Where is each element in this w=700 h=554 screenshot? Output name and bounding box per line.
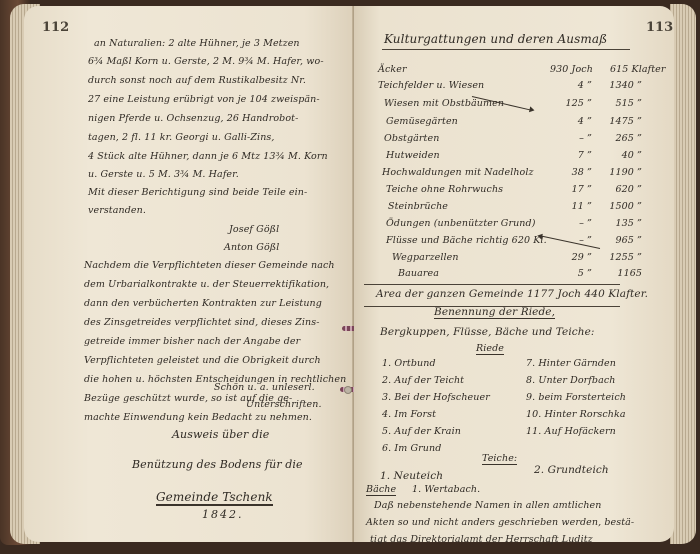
bach-item: 1. Wertabach. (412, 484, 480, 495)
text-line: 6¾ Maßl Korn u. Gerste, 2 M. 9¾ M. Hafer… (88, 56, 324, 67)
table-row: Hochwaldungen mit Nadelholz 38 ” 1190 ” (378, 167, 638, 185)
title-year: 1842. (202, 508, 244, 521)
signature: Schön u. a. unleserl. (214, 382, 315, 393)
book-spread: 112 an Naturalien: 2 alte Hühner, je 3 M… (0, 0, 700, 554)
table-row: Flüsse und Bäche richtig 620 Kl. – ” 965… (378, 235, 638, 253)
table-total-rule (364, 284, 620, 285)
title-place: Gemeinde Tschenk (156, 490, 273, 506)
page-number: 112 (42, 20, 69, 35)
ried-item: 11. Auf Hofäckern (526, 426, 616, 437)
table-row: Hutweiden 7 ” 40 ” (378, 150, 638, 168)
signature: Anton Gößl (224, 242, 279, 253)
text-line: Verpflichteten geleistet und die Obrigke… (84, 355, 321, 366)
closing-line: Akten so und nicht anders geschrieben we… (366, 517, 634, 528)
signature: Unterschriften. (246, 399, 322, 410)
page-heading: Kulturgattungen und deren Ausmaß (384, 32, 607, 46)
text-line: an Naturalien: 2 alte Hühner, je 3 Metze… (94, 38, 300, 49)
text-line: Mit dieser Berichtigung sind beide Teile… (88, 187, 307, 198)
teich-item: 1. Neuteich (380, 470, 443, 482)
heading-underline (382, 49, 630, 50)
table-row: Teiche ohne Rohrwuchs 17 ” 620 ” (378, 184, 638, 202)
ried-item: 10. Hinter Rorschka (526, 409, 626, 420)
binding-hole (344, 386, 352, 394)
text-line: dem Urbarialkontrakte u. der Steuerrekti… (84, 279, 329, 290)
ried-item: 6. Im Grund (382, 443, 441, 454)
ried-item: 1. Ortbund (382, 358, 436, 369)
ried-item: 9. beim Forsterteich (526, 392, 626, 403)
closing-line: tigt das Direktorialamt der Herrschaft L… (370, 534, 593, 545)
left-page: 112 an Naturalien: 2 alte Hühner, je 3 M… (24, 6, 354, 542)
text-line: verstanden. (88, 205, 146, 216)
text-line: 4 Stück alte Hühner, dann je 6 Mtz 13¾ M… (88, 151, 328, 162)
table-row: Ödungen (unbenützter Grund) – ” 135 ” (378, 218, 638, 236)
text-line: tagen, 2 fl. 11 kr. Georgi u. Galli-Zins… (88, 132, 275, 143)
ried-item: 4. Im Forst (382, 409, 436, 420)
section-subheading: Bergkuppen, Flüsse, Bäche und Teiche: (380, 326, 595, 338)
section-heading: Benennung der Riede, (434, 306, 555, 319)
table-row: Wiesen mit Obstbäumen 125 ” 515 ” (378, 98, 638, 116)
text-line: u. Gerste u. 5 M. 3¾ M. Hafer. (88, 169, 239, 180)
teiche-label: Teiche: (482, 453, 517, 465)
text-line: nigen Pferde u. Ochsenzug, 26 Handrobot- (88, 113, 298, 124)
title-line: Benützung des Bodens für die (132, 458, 303, 471)
text-line: getreide immer bisher nach der Angabe de… (84, 336, 300, 347)
table-row: Gemüsegärten 4 ” 1475 ” (378, 116, 638, 134)
total-area: Area der ganzen Gemeinde 1177 Joch 440 K… (376, 288, 648, 300)
baeche-label: Bäche (366, 484, 396, 496)
text-line: 27 eine Leistung erübrigt von je 104 zwe… (88, 94, 320, 105)
ried-item: 8. Unter Dorfbach (526, 375, 616, 386)
teich-item: 2. Grundteich (534, 464, 609, 476)
right-page: 113 Kulturgattungen und deren Ausmaß Äck… (354, 6, 674, 542)
ried-item: 7. Hinter Gärnden (526, 358, 616, 369)
ried-item: 3. Bei der Hofscheuer (382, 392, 490, 403)
page-number: 113 (646, 20, 673, 35)
ried-item: 5. Auf der Krain (382, 426, 461, 437)
text-line: machte Einwendung kein Bedacht zu nehmen… (84, 412, 312, 423)
table-row: Steinbrüche 11 ” 1500 ” (378, 201, 638, 219)
table-row: Obstgärten – ” 265 ” (378, 133, 638, 151)
riede-label: Riede (476, 343, 504, 355)
table-row: Teichfelder u. Wiesen 4 ” 1340 ” (378, 80, 638, 98)
closing-line: Daß nebenstehende Namen in allen amtlich… (374, 500, 601, 511)
text-line: Nachdem die Verpflichteten dieser Gemein… (84, 260, 335, 271)
text-line: durch sonst noch auf dem Rustikalbesitz … (88, 75, 306, 86)
ried-item: 2. Auf der Teicht (382, 375, 464, 386)
text-line: des Zinsgetreides verpflichtet sind, die… (84, 317, 320, 328)
text-line: dann den verbücherten Kontrakten zur Lei… (84, 298, 322, 309)
title-line: Ausweis über die (172, 428, 269, 441)
signature: Josef Gößl (229, 224, 279, 235)
